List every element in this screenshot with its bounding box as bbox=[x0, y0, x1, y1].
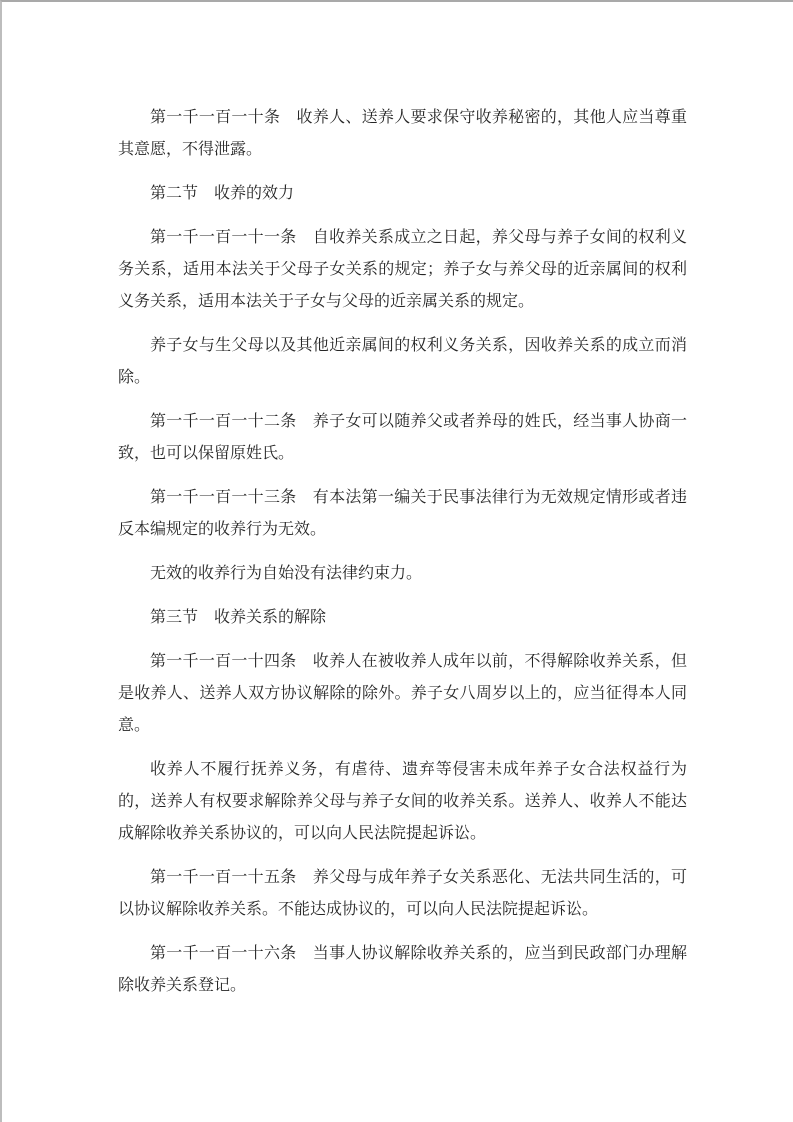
document-body: 第一千一百一十条 收养人、送养人要求保守收养秘密的，其他人应当尊重其意愿，不得泄… bbox=[118, 102, 687, 1002]
article-1113-paragraph-2: 无效的收养行为自始没有法律约束力。 bbox=[118, 558, 687, 590]
article-1110-paragraph: 第一千一百一十条 收养人、送养人要求保守收养秘密的，其他人应当尊重其意愿，不得泄… bbox=[118, 102, 687, 166]
article-1111-paragraph: 第一千一百一十一条 自收养关系成立之日起，养父母与养子女间的权利义务关系，适用本… bbox=[118, 222, 687, 318]
article-1113-paragraph: 第一千一百一十三条 有本法第一编关于民事法律行为无效规定情形或者违反本编规定的收… bbox=[118, 482, 687, 546]
section-heading-3: 第三节 收养关系的解除 bbox=[118, 602, 687, 634]
section-heading-2: 第二节 收养的效力 bbox=[118, 178, 687, 210]
article-1114-paragraph-2: 收养人不履行抚养义务，有虐待、遗弃等侵害未成年养子女合法权益行为的，送养人有权要… bbox=[118, 754, 687, 850]
article-1114-paragraph: 第一千一百一十四条 收养人在被收养人成年以前，不得解除收养关系，但是收养人、送养… bbox=[118, 646, 687, 742]
article-1115-paragraph: 第一千一百一十五条 养父母与成年养子女关系恶化、无法共同生活的，可以协议解除收养… bbox=[118, 862, 687, 926]
document-page: 第一千一百一十条 收养人、送养人要求保守收养秘密的，其他人应当尊重其意愿，不得泄… bbox=[0, 0, 793, 1122]
article-1111-paragraph-2: 养子女与生父母以及其他近亲属间的权利义务关系，因收养关系的成立而消除。 bbox=[118, 330, 687, 394]
article-1116-paragraph: 第一千一百一十六条 当事人协议解除收养关系的，应当到民政部门办理解除收养关系登记… bbox=[118, 938, 687, 1002]
article-1112-paragraph: 第一千一百一十二条 养子女可以随养父或者养母的姓氏，经当事人协商一致，也可以保留… bbox=[118, 406, 687, 470]
